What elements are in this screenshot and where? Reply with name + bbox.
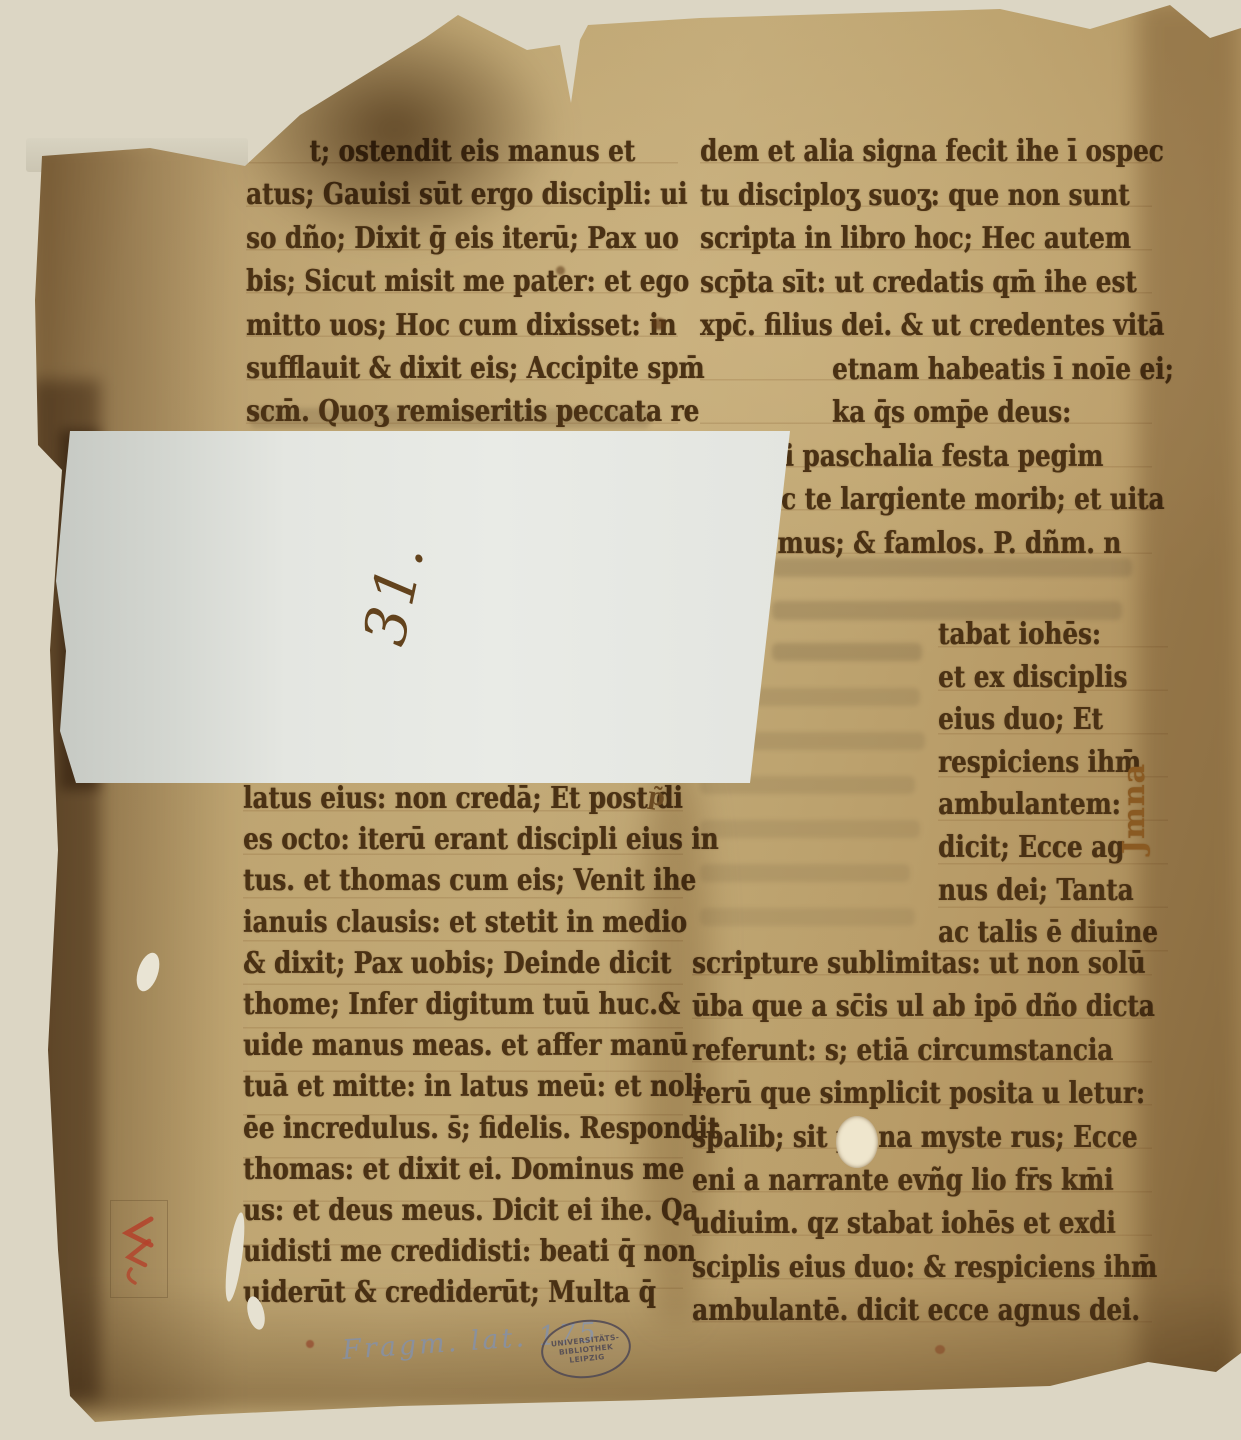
vertical-marginal-inscription: Jmna <box>1112 752 1158 864</box>
manuscript-text-line: eius duo; Et <box>938 697 1140 742</box>
text-column-left-upper: t; ostendit eis manus etatus; Gauisi sūt… <box>246 128 678 432</box>
manuscript-text-line: scripture sublimitas: ut non solū <box>692 940 1097 986</box>
manuscript-text-line: tu disciploʒ suoʒ: que non sunt <box>700 172 1098 218</box>
ink-speck <box>935 1345 945 1354</box>
faded-text-impression <box>700 908 915 926</box>
manuscript-text-line: ēe incredulus. s̄; fidelis. Respondit <box>243 1106 630 1150</box>
manuscript-text-line: ūba que a sc̄is ul ab ipō dño dicta <box>692 983 1097 1029</box>
manuscript-text-line: xpc̄. filius dei. & ut credentes vitā <box>700 302 1098 348</box>
text-column-left-lower: latus eius: non credā; Et post dies octo… <box>243 776 683 1312</box>
manuscript-text-line: et ex disciplis <box>938 655 1140 700</box>
manuscript-text-line: ambulantē. dicit ecce agnus dei. <box>692 1287 1097 1333</box>
manuscript-text-line: tabat iohēs: <box>938 612 1140 657</box>
manuscript-text-line: uidisti me credidisti: beati q̄ non <box>243 1229 630 1273</box>
manuscript-text-line: so dño; Dixit ḡ eis iterū; Pax uo <box>246 215 626 261</box>
parchment-fragment: t; ostendit eis manus etatus; Gauisi sūt… <box>0 0 1241 1440</box>
manuscript-text-line: & dixit; Pax uobis; Deinde dicit <box>243 941 630 985</box>
manuscript-text-line: atus; Gauisi sūt ergo discipli: ui <box>246 171 626 217</box>
marginal-glyph-lower: p̃ <box>646 783 666 811</box>
manuscript-text-line: tuā et mitte: in latus meū: et noli <box>243 1064 630 1108</box>
manuscript-text-line: uide manus meas. et affer manū <box>243 1023 630 1067</box>
faded-text-impression <box>772 643 922 661</box>
paper-patch-label: 31. <box>56 431 790 783</box>
manuscript-text-line: nus dei; Tanta <box>938 868 1140 913</box>
text-column-right-lower: scripture sublimitas: ut non solūūba que… <box>692 940 1152 1331</box>
manuscript-text-line: rerū que simplicit posita u letur: <box>692 1070 1097 1116</box>
manuscript-text-line: udiuim. qz stabat iohēs et exdi <box>692 1200 1097 1246</box>
manuscript-text-line: etnam habeatis ī noīe ei; <box>700 346 1098 392</box>
manuscript-text-line: dem et alia signa fecit ihe ī ospec <box>700 128 1098 174</box>
tear-fleck <box>132 950 163 994</box>
faded-text-impression <box>700 864 910 882</box>
manuscript-text-line: referunt: s; etiā circumstancia <box>692 1027 1097 1073</box>
manuscript-text-line: sciplis eius duo: & respiciens ihm̄ <box>692 1244 1097 1290</box>
manuscript-text-line: thome; Infer digitum tuū huc.& <box>243 982 630 1026</box>
manuscript-text-line: scripta in libro hoc; Hec autem <box>700 215 1098 261</box>
red-marginal-mark <box>110 1200 168 1298</box>
ink-speck <box>306 1340 314 1348</box>
manuscript-text-line: dicit; Ecce ag <box>938 825 1140 870</box>
patch-number: 31. <box>350 535 438 651</box>
manuscript-text-line: us: et deus meus. Dicit ei ihe. Qa <box>243 1188 630 1232</box>
manuscript-text-line: es octo: iterū erant discipli eius in <box>243 817 630 861</box>
manuscript-text-line: ka q̄s omp̄e deus: <box>700 389 1098 435</box>
manuscript-text-line: ianuis clausis: et stetit in medio <box>243 900 630 944</box>
manuscript-text-line: scp̄ta sīt: ut credatis qm̄ ihe est <box>700 259 1098 305</box>
manuscript-text-line: sp̄alib; sit plena myste rus; Ecce <box>692 1114 1097 1160</box>
manuscript-text-line: tus. et thomas cum eis; Venit ihe <box>243 858 630 902</box>
manuscript-text-line: sufflauit & dixit eis; Accipite spm̄ <box>246 345 626 391</box>
manuscript-text-line: eni a narrante evñg lio fr̄s km̄i <box>692 1157 1097 1203</box>
manuscript-text-line: respiciens ihm̄ <box>938 740 1140 785</box>
manuscript-text-line: t; ostendit eis manus et <box>246 128 626 174</box>
manuscript-text-line: scm̄. Quoʒ remiseritis peccata re <box>246 388 626 434</box>
manuscript-text-line: mitto uos; Hoc cum dixisset: in <box>246 302 626 348</box>
photo-background: t; ostendit eis manus etatus; Gauisi sūt… <box>0 0 1241 1440</box>
manuscript-text-line: bis; Sicut misit me pater: et ego <box>246 258 626 304</box>
manuscript-text-line: ambulantem: <box>938 782 1140 827</box>
manuscript-text-line: thomas: et dixit ei. Dominus me <box>243 1147 630 1191</box>
faded-text-impression <box>700 820 920 838</box>
manuscript-text-line: uiderūt & crediderūt; Multa q̄ <box>243 1270 630 1314</box>
